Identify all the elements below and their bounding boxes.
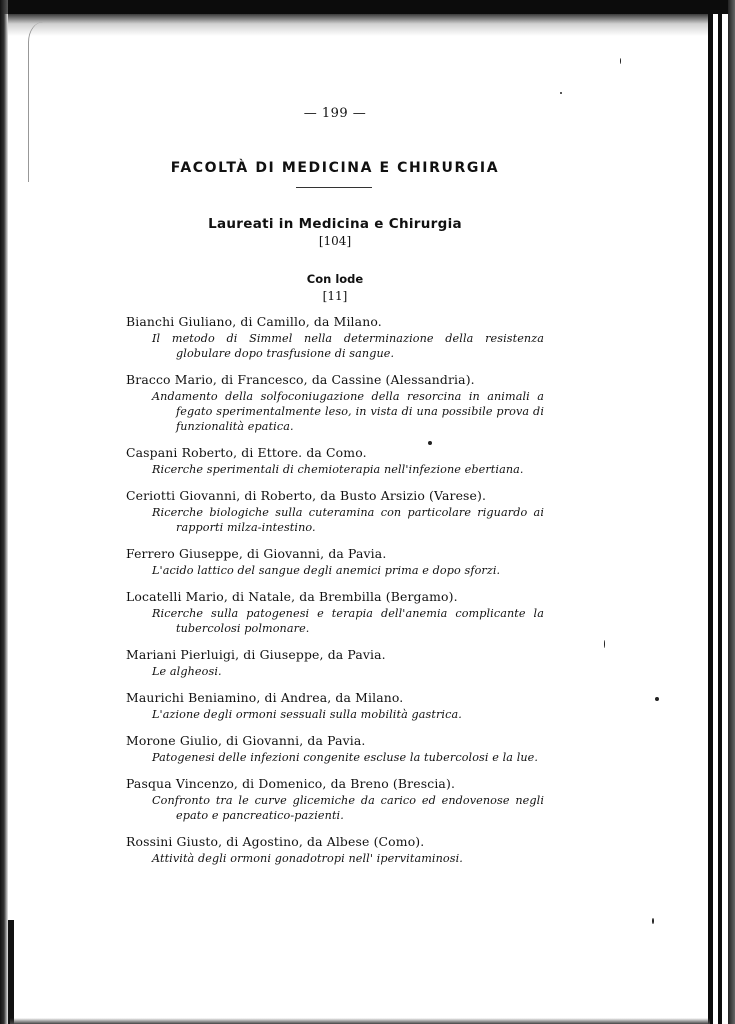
graduate-name: Ferrero Giuseppe, di Giovanni, da Pavia. [126,545,544,563]
graduate-entry: Bianchi Giuliano, di Camillo, da Milano.… [126,313,544,361]
section-title: Laureati in Medicina e Chirurgia [0,216,670,232]
graduate-entry: Bracco Mario, di Francesco, da Cassine (… [126,371,544,434]
thesis-title: Le algheosi. [126,664,544,679]
graduate-entry: Ceriotti Giovanni, di Roberto, da Busto … [126,487,544,535]
graduate-entry: Maurichi Beniamino, di Andrea, da Milano… [126,689,544,722]
graduate-list: Bianchi Giuliano, di Camillo, da Milano.… [126,313,544,876]
graduate-name: Ceriotti Giovanni, di Roberto, da Busto … [126,487,544,505]
scan-speck [620,58,621,64]
thesis-title: Ricerche biologiche sulla cuteramina con… [126,505,544,535]
scan-speck [604,640,605,648]
page-curl-edge [28,22,43,182]
thesis-title: Andamento della solfoconiugazione della … [126,389,544,434]
scan-speck [560,92,562,94]
faculty-title: FACOLTÀ DI MEDICINA E CHIRURGIA [0,160,670,176]
graduate-entry: Caspani Roberto, di Ettore. da Como. Ric… [126,444,544,477]
graduate-name: Maurichi Beniamino, di Andrea, da Milano… [126,689,544,707]
thesis-title: Ricerche sperimentali di chemioterapia n… [126,462,544,477]
graduate-entry: Pasqua Vincenzo, di Domenico, da Breno (… [126,775,544,823]
graduate-name: Morone Giulio, di Giovanni, da Pavia. [126,732,544,750]
scan-border-right [728,0,735,1024]
thesis-title: Il metodo di Simmel nella determinazione… [126,331,544,361]
title-divider [296,187,372,188]
graduate-entry: Mariani Pierluigi, di Giuseppe, da Pavia… [126,646,544,679]
graduate-entry: Morone Giulio, di Giovanni, da Pavia. Pa… [126,732,544,765]
section-count: [104] [0,234,670,248]
scan-border-right [708,14,713,1024]
graduate-entry: Ferrero Giuseppe, di Giovanni, da Pavia.… [126,545,544,578]
graduate-name: Rossini Giusto, di Agostino, da Albese (… [126,833,544,851]
scan-speck [655,697,659,701]
graduate-entry: Locatelli Mario, di Natale, da Brembilla… [126,588,544,636]
subsection-count: [11] [0,289,670,303]
thesis-title: Ricerche sulla patogenesi e terapia dell… [126,606,544,636]
scan-shadow-top [8,14,708,36]
graduate-name: Bracco Mario, di Francesco, da Cassine (… [126,371,544,389]
scan-border-left [0,0,8,1024]
graduate-name: Mariani Pierluigi, di Giuseppe, da Pavia… [126,646,544,664]
scan-border-left-bottom [8,920,14,1024]
graduate-name: Bianchi Giuliano, di Camillo, da Milano. [126,313,544,331]
thesis-title: L'acido lattico del sangue degli anemici… [126,563,544,578]
scan-border-right [718,14,722,1024]
thesis-title: Attività degli ormoni gonadotropi nell' … [126,851,544,866]
thesis-title: Confronto tra le curve glicemiche da car… [126,793,544,823]
graduate-entry: Rossini Giusto, di Agostino, da Albese (… [126,833,544,866]
page-number: — 199 — [0,106,670,121]
graduate-name: Pasqua Vincenzo, di Domenico, da Breno (… [126,775,544,793]
subsection-title: Con lode [0,272,670,286]
thesis-title: L'azione degli ormoni sessuali sulla mob… [126,707,544,722]
scan-speck [652,918,654,924]
graduate-name: Locatelli Mario, di Natale, da Brembilla… [126,588,544,606]
scan-border-top [0,0,735,14]
scan-border-bottom [10,1018,710,1024]
thesis-title: Patogenesi delle infezioni congenite esc… [126,750,544,765]
graduate-name: Caspani Roberto, di Ettore. da Como. [126,444,544,462]
